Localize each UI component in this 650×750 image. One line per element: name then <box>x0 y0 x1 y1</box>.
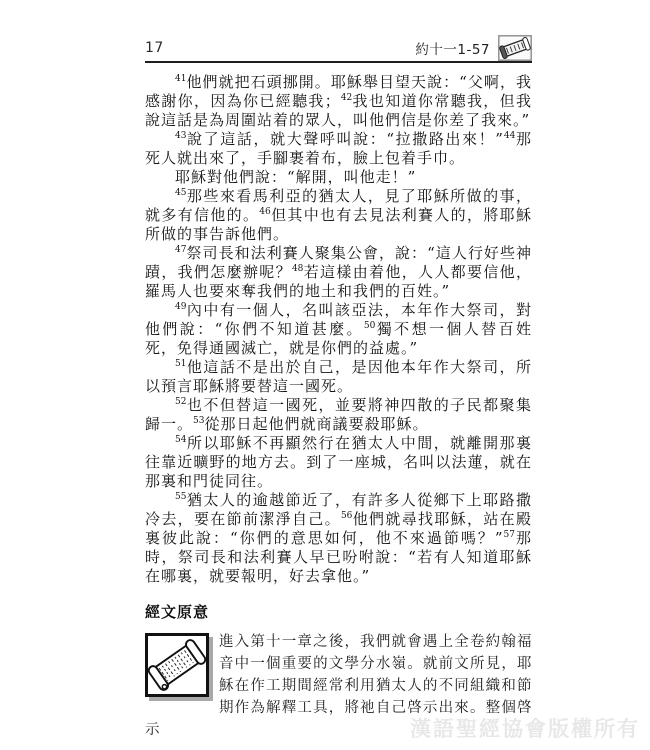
verse-number: 56 <box>341 511 352 521</box>
verse-number: 43 <box>175 131 186 141</box>
scripture-paragraph: 43說了這話，就大聲呼叫說：“拉撒路出來！”44那死人就出來了，手腳裹着布，臉上… <box>145 130 532 168</box>
verse-number: 41 <box>175 74 186 84</box>
verse-number: 49 <box>175 302 186 312</box>
scripture-paragraph: 54所以耶穌不再顯然行在猶太人中間，就離開那裏往靠近曠野的地方去。到了一座城，名… <box>145 434 532 491</box>
header-divider <box>145 61 532 63</box>
scripture-paragraph: 55猶太人的逾越節近了，有許多人從鄉下上耶路撒冷去，要在節前潔淨自己。56他們就… <box>145 491 532 586</box>
verse-number: 47 <box>175 245 186 255</box>
scripture-paragraph: 47祭司長和法利賽人聚集公會，說：“這人行好些神蹟，我們怎麼辦呢？48若這樣由着… <box>145 244 532 301</box>
scripture-paragraph: 41他們就把石頭挪開。耶穌舉目望天說：“父啊，我感謝你，因為你已經聽我；42我也… <box>145 73 532 130</box>
scroll-icon <box>145 633 209 697</box>
scripture-block: 41他們就把石頭挪開。耶穌舉目望天說：“父啊，我感謝你，因為你已經聽我；42我也… <box>145 73 532 589</box>
verse-number: 51 <box>175 359 186 369</box>
scripture-paragraph: 49內中有一個人，名叫該亞法，本年作大祭司，對他們說：“你們不知道甚麼。50獨不… <box>145 301 532 358</box>
verse-number: 53 <box>193 416 204 426</box>
verse-number: 46 <box>259 207 270 217</box>
verse-number: 42 <box>341 93 352 103</box>
verse-number: 57 <box>504 530 515 540</box>
page-header: 17 約十一1-57 <box>145 34 532 62</box>
section-heading: 經文原意 <box>145 601 532 622</box>
verse-number: 50 <box>364 321 375 331</box>
header-right-group: 約十一1-57 <box>415 35 532 61</box>
verse-number: 54 <box>175 435 186 445</box>
book-icon <box>498 35 532 61</box>
scripture-paragraph: 45那些來看馬利亞的猶太人，見了耶穌所做的事，就多有信他的。46但其中也有去見法… <box>145 187 532 244</box>
verse-number: 45 <box>175 188 186 198</box>
verse-number: 44 <box>504 131 515 141</box>
book-page: 17 約十一1-57 <box>0 0 650 750</box>
verse-number: 52 <box>175 397 186 407</box>
passage-reference: 約十一1-57 <box>415 38 490 58</box>
verse-number: 48 <box>292 264 303 274</box>
scripture-paragraph: 52也不但替這一國死，並要將神四散的子民都聚集歸一。53從那日起他們就商議要殺耶… <box>145 396 532 434</box>
scripture-paragraph: 51他這話不是出於自己，是因他本年作大祭司，所以預言耶穌將要替這一國死。 <box>145 358 532 396</box>
page-number: 17 <box>145 40 164 56</box>
scripture-paragraph: 耶穌對他們說：“解開，叫他走！” <box>145 168 532 187</box>
copyright-watermark: 漢語聖經協會版權所有 <box>410 713 640 743</box>
verse-number: 55 <box>175 492 186 502</box>
